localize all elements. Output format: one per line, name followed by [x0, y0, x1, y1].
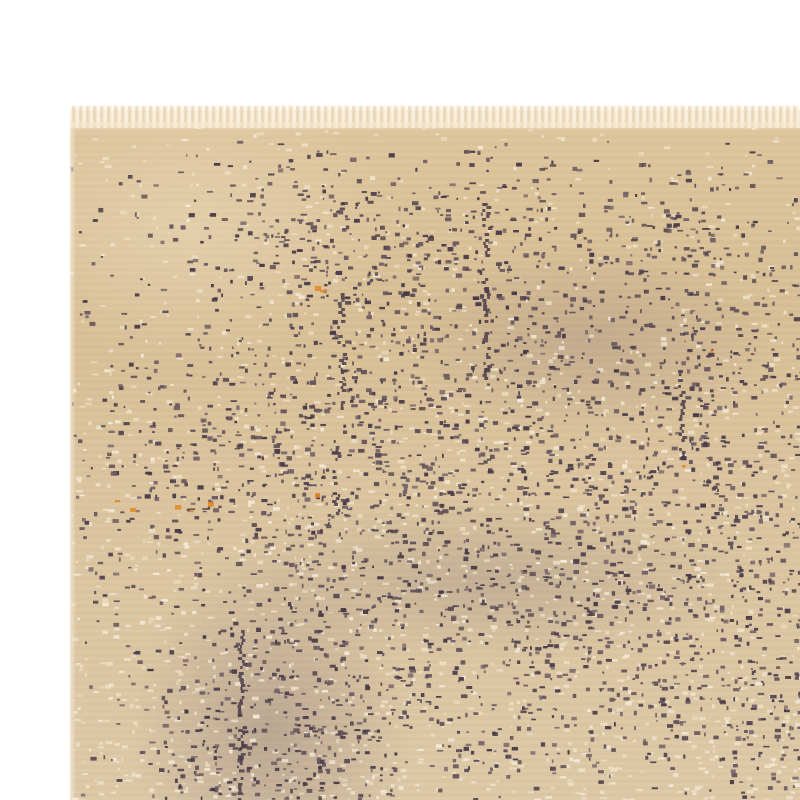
- rug-fringe-shadow: [70, 122, 800, 132]
- rug-pattern: [70, 110, 800, 800]
- rug-surface: [70, 110, 800, 800]
- product-photo: [0, 0, 800, 800]
- rug-side-edge: [70, 110, 76, 800]
